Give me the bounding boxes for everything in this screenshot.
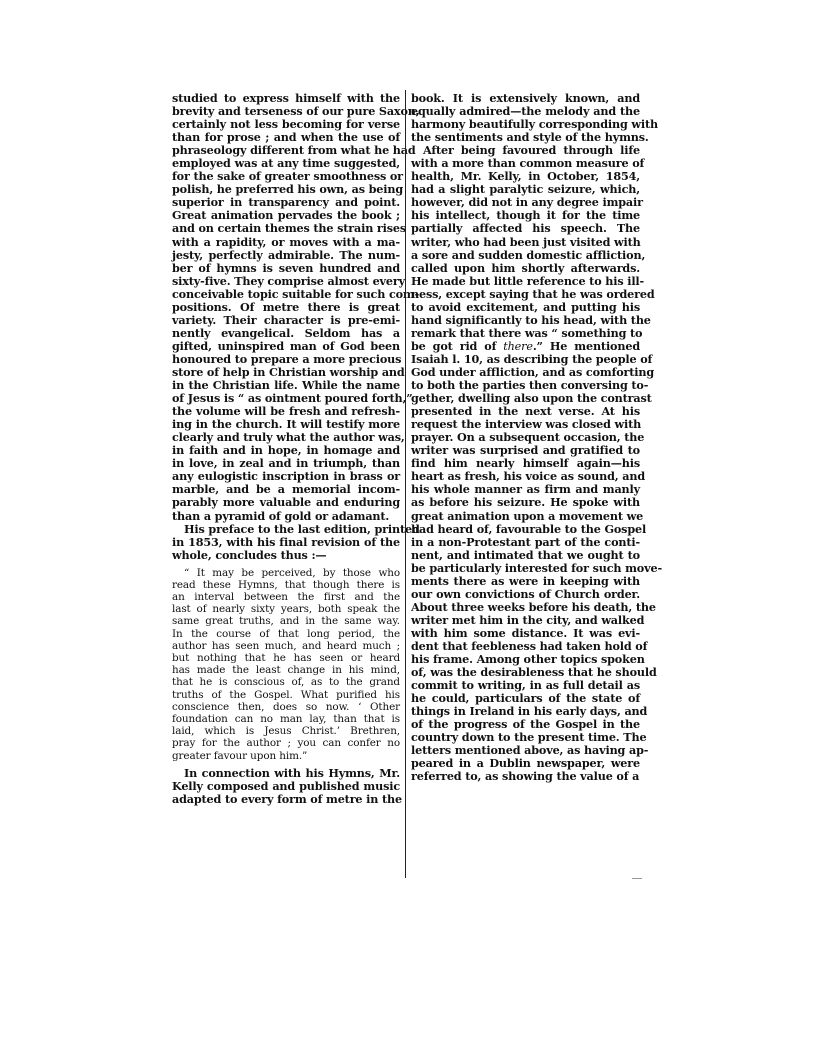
scan-mark: [632, 878, 642, 879]
text-line: truths of the Gospel. What purified his: [172, 689, 400, 701]
text-line: last of nearly sixty years, both speak t…: [172, 603, 400, 615]
text-line: sixty-five. They comprise almost every: [172, 275, 400, 288]
text-line: but nothing that he has seen or heard: [172, 652, 400, 664]
text-line: He made but little reference to his ill-: [411, 275, 640, 288]
text-line: partially affected his speech. The: [411, 222, 640, 235]
text-line: our own convictions of Church order.: [411, 588, 640, 601]
text-line: parably more valuable and enduring: [172, 496, 400, 509]
text-line: variety. Their character is pre-emi-: [172, 314, 400, 327]
text-line: ments there as were in keeping with: [411, 575, 640, 588]
paragraph-illness-account: After being favoured through lifewith a …: [411, 144, 640, 783]
text-line: conceivable topic suitable for such com-: [172, 288, 400, 301]
text-line: be particularly interested for such move…: [411, 562, 640, 575]
text-line: writer, who had been just visited with: [411, 236, 640, 249]
text-line: greater favour upon him.”: [172, 750, 400, 762]
text-line: great animation upon a movement we: [411, 510, 640, 523]
paragraph-hymns-description: studied to express himself with thebrevi…: [172, 92, 400, 523]
text-line: ness, except saying that he was ordered: [411, 288, 640, 301]
text-line: In the course of that long period, the: [172, 628, 400, 640]
text-line: Kelly composed and published music: [172, 780, 400, 793]
text-line: with a rapidity, or moves with a ma-: [172, 236, 400, 249]
text-line: conscience then, does so now. ‘ Other: [172, 701, 400, 713]
text-line: as before his seizure. He spoke with: [411, 496, 640, 509]
paragraph-music-reception: book. It is extensively known, andequall…: [411, 92, 640, 144]
text-line: with him some distance. It was evi-: [411, 627, 640, 640]
text-line: writer met him in the city, and walked: [411, 614, 640, 627]
text-line: to avoid excitement, and putting his: [411, 301, 640, 314]
text-line: and on certain themes the strain rises: [172, 222, 400, 235]
text-line: ber of hymns is seven hundred and: [172, 262, 400, 275]
document-page: studied to express himself with thebrevi…: [0, 0, 816, 1056]
text-line: adapted to every form of metre in the: [172, 793, 400, 806]
text-line: “ It may be perceived, by those who: [172, 567, 400, 579]
text-line: an interval between the first and the: [172, 591, 400, 603]
text-line: be got rid of there.” He mentioned: [411, 340, 640, 353]
text-line: In connection with his Hymns, Mr.: [172, 767, 400, 780]
text-line: than a pyramid of gold or adamant.: [172, 510, 400, 523]
paragraph-music-composition: In connection with his Hymns, Mr.Kelly c…: [172, 767, 400, 806]
left-column: studied to express himself with thebrevi…: [172, 92, 400, 806]
text-line: pray for the author ; you can confer no: [172, 737, 400, 749]
text-line: positions. Of metre there is great: [172, 301, 400, 314]
text-line: His preface to the last edition, printed: [172, 523, 400, 536]
column-divider: [405, 90, 406, 878]
text-line: called upon him shortly afterwards.: [411, 262, 640, 275]
text-line: had heard of, favourable to the Gospel: [411, 523, 640, 536]
text-line: read these Hymns, that though there is: [172, 579, 400, 591]
text-line: in a non-Protestant part of the conti-: [411, 536, 640, 549]
emphasis-text: there: [503, 340, 533, 353]
text-line: hand significantly to his head, with the: [411, 314, 640, 327]
text-line: in 1853, with his final revision of the: [172, 536, 400, 549]
text-line: nently evangelical. Seldom has a: [172, 327, 400, 340]
text-line: same great truths, and in the same way.: [172, 615, 400, 627]
text-line: remark that there was “ something to: [411, 327, 640, 340]
text-line: gifted, uninspired man of God been: [172, 340, 400, 353]
text-line: referred to, as showing the value of a: [411, 770, 640, 783]
text-line: that he is conscious of, as to the grand: [172, 676, 400, 688]
text-line: foundation can no man lay, than that is: [172, 713, 400, 725]
text-line: a sore and sudden domestic affliction,: [411, 249, 640, 262]
right-column: book. It is extensively known, andequall…: [411, 92, 640, 783]
paragraph-preface-intro: His preface to the last edition, printed…: [172, 523, 400, 562]
text-line: has made the least change in his mind,: [172, 664, 400, 676]
text-line: author has seen much, and heard much ;: [172, 640, 400, 652]
preface-quotation: “ It may be perceived, by those whoread …: [172, 567, 400, 762]
text-line: laid, which is Jesus Christ.’ Brethren,: [172, 725, 400, 737]
text-line: jesty, perfectly admirable. The num-: [172, 249, 400, 262]
text-line: nent, and intimated that we ought to: [411, 549, 640, 562]
text-line: About three weeks before his death, the: [411, 601, 640, 614]
text-line: whole, concludes thus :—: [172, 549, 400, 562]
